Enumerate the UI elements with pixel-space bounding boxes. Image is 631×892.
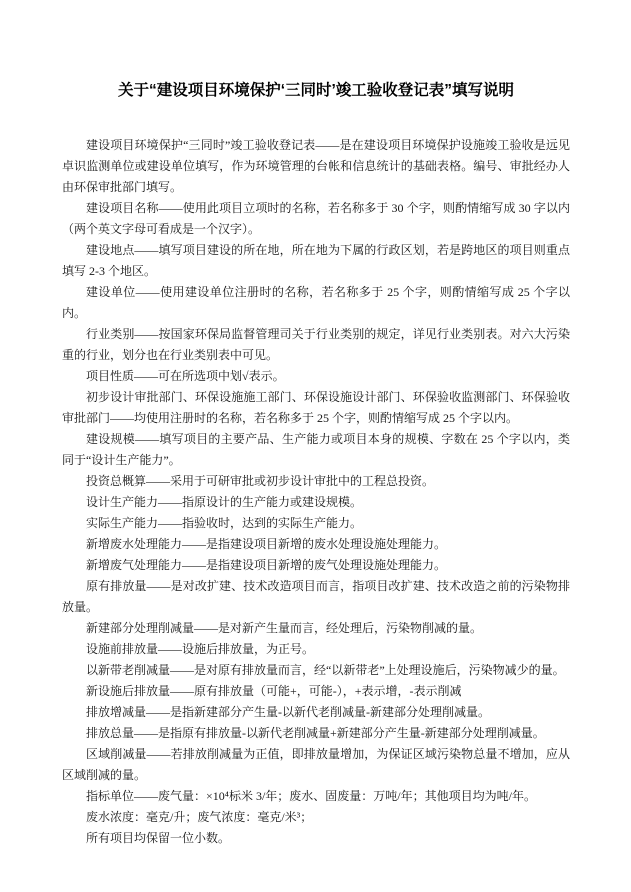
document-page: 关于“建设项目环境保护‘三同时’竣工验收登记表”填写说明 建设项目环境保护“三同… <box>0 0 631 892</box>
document-body: 建设项目环境保护“三同时”竣工验收登记表——是在建设项目环境保护设施竣工验收是远… <box>62 135 570 849</box>
doc-paragraph-actual-capacity: 实际生产能力——指验收时，达到的实际生产能力。 <box>62 513 570 534</box>
doc-paragraph-new-wastewater: 新增废水处理能力——是指建设项目新增的废水处理设施处理能力。 <box>62 534 570 555</box>
doc-paragraph-unit: 建设单位——使用建设单位注册时的名称，若名称多于 25 个字，则酌情缩写成 25… <box>62 282 570 324</box>
doc-paragraph-regional-reduction: 区域削减量——若排放削减量为正值，即排放量增加，为保证区域污染物总量不增加，应从… <box>62 744 570 786</box>
doc-paragraph-industry: 行业类别——按国家环保局监督管理司关于行业类别的规定，详见行业类别表。对六大污染… <box>62 324 570 366</box>
document-title: 关于“建设项目环境保护‘三同时’竣工验收登记表”填写说明 <box>62 80 570 102</box>
doc-paragraph-design-capacity: 设计生产能力——指原设计的生产能力或建设规模。 <box>62 492 570 513</box>
doc-paragraph-project-name: 建设项目名称——使用此项目立项时的名称，若名称多于 30 个字，则酌情缩写成 3… <box>62 198 570 240</box>
doc-paragraph-investment: 投资总概算——采用于可研审批或初步设计审批中的工程总投资。 <box>62 471 570 492</box>
doc-paragraph-emission-total: 排放总量——是指原有排放量-以新代老削减量+新建部分产生量-新建部分处理削减量。 <box>62 723 570 744</box>
doc-paragraph-departments: 初步设计审批部门、环保设施施工部门、环保设施设计部门、环保验收监测部门、环保验收… <box>62 387 570 429</box>
doc-paragraph-location: 建设地点——填写项目建设的所在地，所在地为下属的行政区划，若是跨地区的项目则重点… <box>62 240 570 282</box>
doc-paragraph-new-wastegas: 新增废气处理能力——是指建设项目新增的废气处理设施处理能力。 <box>62 555 570 576</box>
doc-paragraph-intro: 建设项目环境保护“三同时”竣工验收登记表——是在建设项目环境保护设施竣工验收是远… <box>62 135 570 198</box>
doc-paragraph-units: 指标单位——废气量：×10⁴标米 3/年；废水、固废量：万吨/年；其他项目均为吨… <box>62 786 570 807</box>
doc-paragraph-old-by-new: 以新带老削减量——是对原有排放量而言，经“以新带老”上处理设施后，污染物减少的量… <box>62 660 570 681</box>
doc-paragraph-nature: 项目性质——可在所选项中划√表示。 <box>62 366 570 387</box>
doc-paragraph-after-facility: 新设施后排放量——原有排放量（可能+，可能-），+表示增，-表示削减 <box>62 681 570 702</box>
doc-paragraph-new-reduction: 新建部分处理削减量——是对新产生量而言，经处理后，污染物削减的量。 <box>62 618 570 639</box>
doc-paragraph-before-facility: 设施前排放量——设施后排放量，为正号。 <box>62 639 570 660</box>
doc-paragraph-original-emission: 原有排放量——是对改扩建、技术改造项目而言，指项目改扩建、技术改造之前的污染物排… <box>62 576 570 618</box>
doc-paragraph-decimals: 所有项目均保留一位小数。 <box>62 828 570 849</box>
doc-paragraph-concentration: 废水浓度：毫克/升；废气浓度：毫克/米³； <box>62 807 570 828</box>
doc-paragraph-emission-change: 排放增减量——是指新建部分产生量-以新代老削减量-新建部分处理削减量。 <box>62 702 570 723</box>
doc-paragraph-scale: 建设规模——填写项目的主要产品、生产能力或项目本身的规模、字数在 25 个字以内… <box>62 429 570 471</box>
